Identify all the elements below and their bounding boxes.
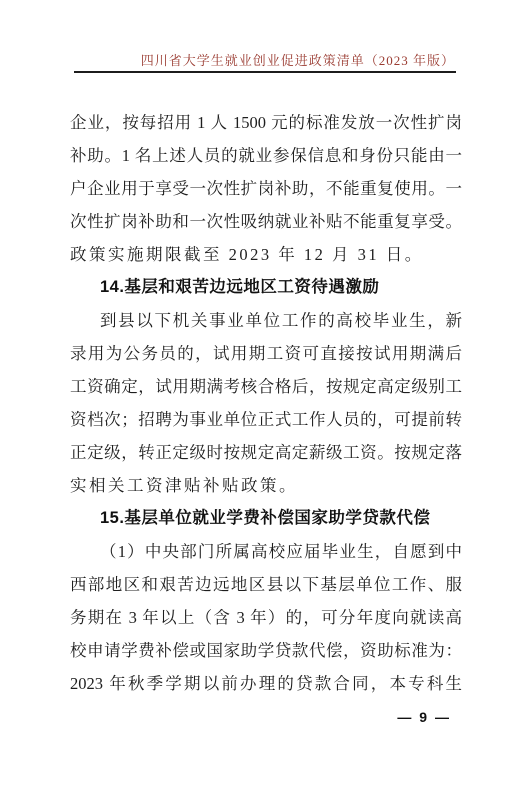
page-number: — 9 — xyxy=(397,706,451,728)
text-line: 到县以下机关事业单位工作的高校毕业生，新 xyxy=(70,304,462,337)
document-page: 四川省大学生就业创业促进政策清单（2023 年版） 企业，按每招用 1 人 15… xyxy=(0,0,529,794)
text-line: 资档次；招聘为事业单位正式工作人员的，可提前转 xyxy=(70,403,462,436)
text-line: 补助。1 名上述人员的就业参保信息和身份只能由一 xyxy=(70,139,462,172)
text-line: 实相关工资津贴补贴政策。 xyxy=(70,469,462,502)
text-line: 次性扩岗补助和一次性吸纳就业补贴不能重复享受。 xyxy=(70,205,462,238)
section-heading: 14.基层和艰苦边远地区工资待遇激励 xyxy=(70,271,462,304)
text-line: 校申请学费补偿或国家助学贷款代偿，资助标准为： xyxy=(70,634,462,667)
text-line: 2023 年秋季学期以前办理的贷款合同，本专科生 xyxy=(70,667,462,700)
text-line: （1）中央部门所属高校应届毕业生，自愿到中 xyxy=(70,535,462,568)
text-line: 户企业用于享受一次性扩岗补助，不能重复使用。一 xyxy=(70,172,462,205)
section-heading: 15.基层单位就业学费补偿国家助学贷款代偿 xyxy=(70,502,462,535)
text-line: 政策实施期限截至 2023 年 12 月 31 日。 xyxy=(70,238,462,271)
header-rule xyxy=(74,71,456,73)
text-line: 务期在 3 年以上（含 3 年）的，可分年度向就读高 xyxy=(70,601,462,634)
text-line: 西部地区和艰苦边远地区县以下基层单位工作、服 xyxy=(70,568,462,601)
text-line: 企业，按每招用 1 人 1500 元的标准发放一次性扩岗 xyxy=(70,106,462,139)
header-title: 四川省大学生就业创业促进政策清单（2023 年版） xyxy=(141,50,455,69)
text-line: 正定级，转正定级时按规定高定薪级工资。按规定落 xyxy=(70,436,462,469)
text-line: 工资确定，试用期满考核合格后，按规定高定级别工 xyxy=(70,370,462,403)
text-line: 录用为公务员的，试用期工资可直接按试用期满后 xyxy=(70,337,462,370)
document-body: 企业，按每招用 1 人 1500 元的标准发放一次性扩岗 补助。1 名上述人员的… xyxy=(70,106,462,700)
